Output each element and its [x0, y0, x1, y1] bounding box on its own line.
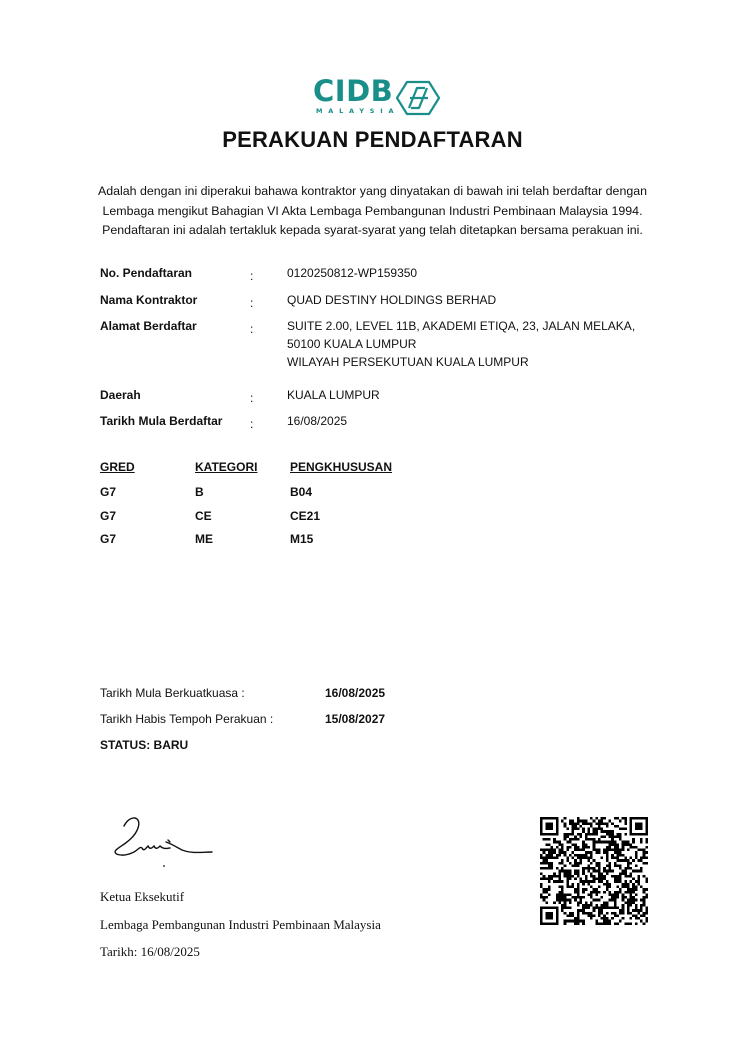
signatory-organisation: Lembaga Pembangunan Industri Pembinaan M…	[100, 917, 381, 933]
nama-kontraktor-value: QUAD DESTINY HOLDINGS BERHAD	[287, 291, 496, 309]
signature-image	[112, 812, 222, 872]
no-pendaftaran-value: 0120250812-WP159350	[287, 264, 417, 282]
intro-line: Adalah dengan ini diperakui bahawa kontr…	[60, 182, 685, 202]
daerah-label: Daerah	[100, 388, 141, 402]
alamat-line: WILAYAH PERSEKUTUAN KUALA LUMPUR	[287, 353, 635, 371]
alamat-line: SUITE 2.00, LEVEL 11B, AKADEMI ETIQA, 23…	[287, 317, 635, 335]
cell-kategori: B	[195, 485, 204, 499]
cell-kategori: CE	[195, 509, 212, 523]
signatory-position: Ketua Eksekutif	[100, 889, 184, 905]
daerah-value: KUALA LUMPUR	[287, 386, 380, 404]
cidb-logo: CIDB MALAYSIA	[313, 78, 443, 120]
status-badge: STATUS: BARU	[100, 738, 188, 752]
mula-berkuatkuasa-label: Tarikh Mula Berkuatkuasa :	[100, 686, 245, 700]
tarikh-mula-value: 16/08/2025	[287, 412, 347, 430]
header-pengkhususan: PENGKHUSUSAN	[290, 460, 392, 474]
colon: :	[250, 296, 253, 310]
cell-pengkhususan: M15	[290, 532, 313, 546]
header-kategori: KATEGORI	[195, 460, 257, 474]
intro-paragraph: Adalah dengan ini diperakui bahawa kontr…	[60, 182, 685, 241]
cell-pengkhususan: CE21	[290, 509, 320, 523]
tarikh-mula-label: Tarikh Mula Berdaftar	[100, 414, 222, 428]
nama-kontraktor-label: Nama Kontraktor	[100, 293, 197, 307]
no-pendaftaran-label: No. Pendaftaran	[100, 266, 192, 280]
qr-code-icon	[540, 817, 648, 925]
habis-tempoh-value: 15/08/2027	[325, 712, 385, 726]
cell-gred: G7	[100, 509, 116, 523]
cidb-hexagon-icon	[395, 80, 441, 116]
header-gred: GRED	[100, 460, 135, 474]
logo-subtext: MALAYSIA	[316, 107, 399, 115]
cell-pengkhususan: B04	[290, 485, 312, 499]
cell-kategori: ME	[195, 532, 213, 546]
cell-gred: G7	[100, 485, 116, 499]
mula-berkuatkuasa-value: 16/08/2025	[325, 686, 385, 700]
colon: :	[250, 269, 253, 283]
page-title: PERAKUAN PENDAFTARAN	[0, 127, 745, 153]
habis-tempoh-label: Tarikh Habis Tempoh Perakuan :	[100, 712, 273, 726]
intro-line: Lembaga mengikut Bahagian VI Akta Lembag…	[60, 202, 685, 222]
alamat-label: Alamat Berdaftar	[100, 319, 197, 333]
alamat-value: SUITE 2.00, LEVEL 11B, AKADEMI ETIQA, 23…	[287, 317, 635, 371]
colon: :	[250, 322, 253, 336]
signatory-date: Tarikh: 16/08/2025	[100, 944, 200, 960]
intro-line: Pendaftaran ini adalah tertakluk kepada …	[60, 221, 685, 241]
cell-gred: G7	[100, 532, 116, 546]
alamat-line: 50100 KUALA LUMPUR	[287, 335, 635, 353]
colon: :	[250, 417, 253, 431]
colon: :	[250, 391, 253, 405]
logo-text: CIDB	[313, 74, 393, 108]
